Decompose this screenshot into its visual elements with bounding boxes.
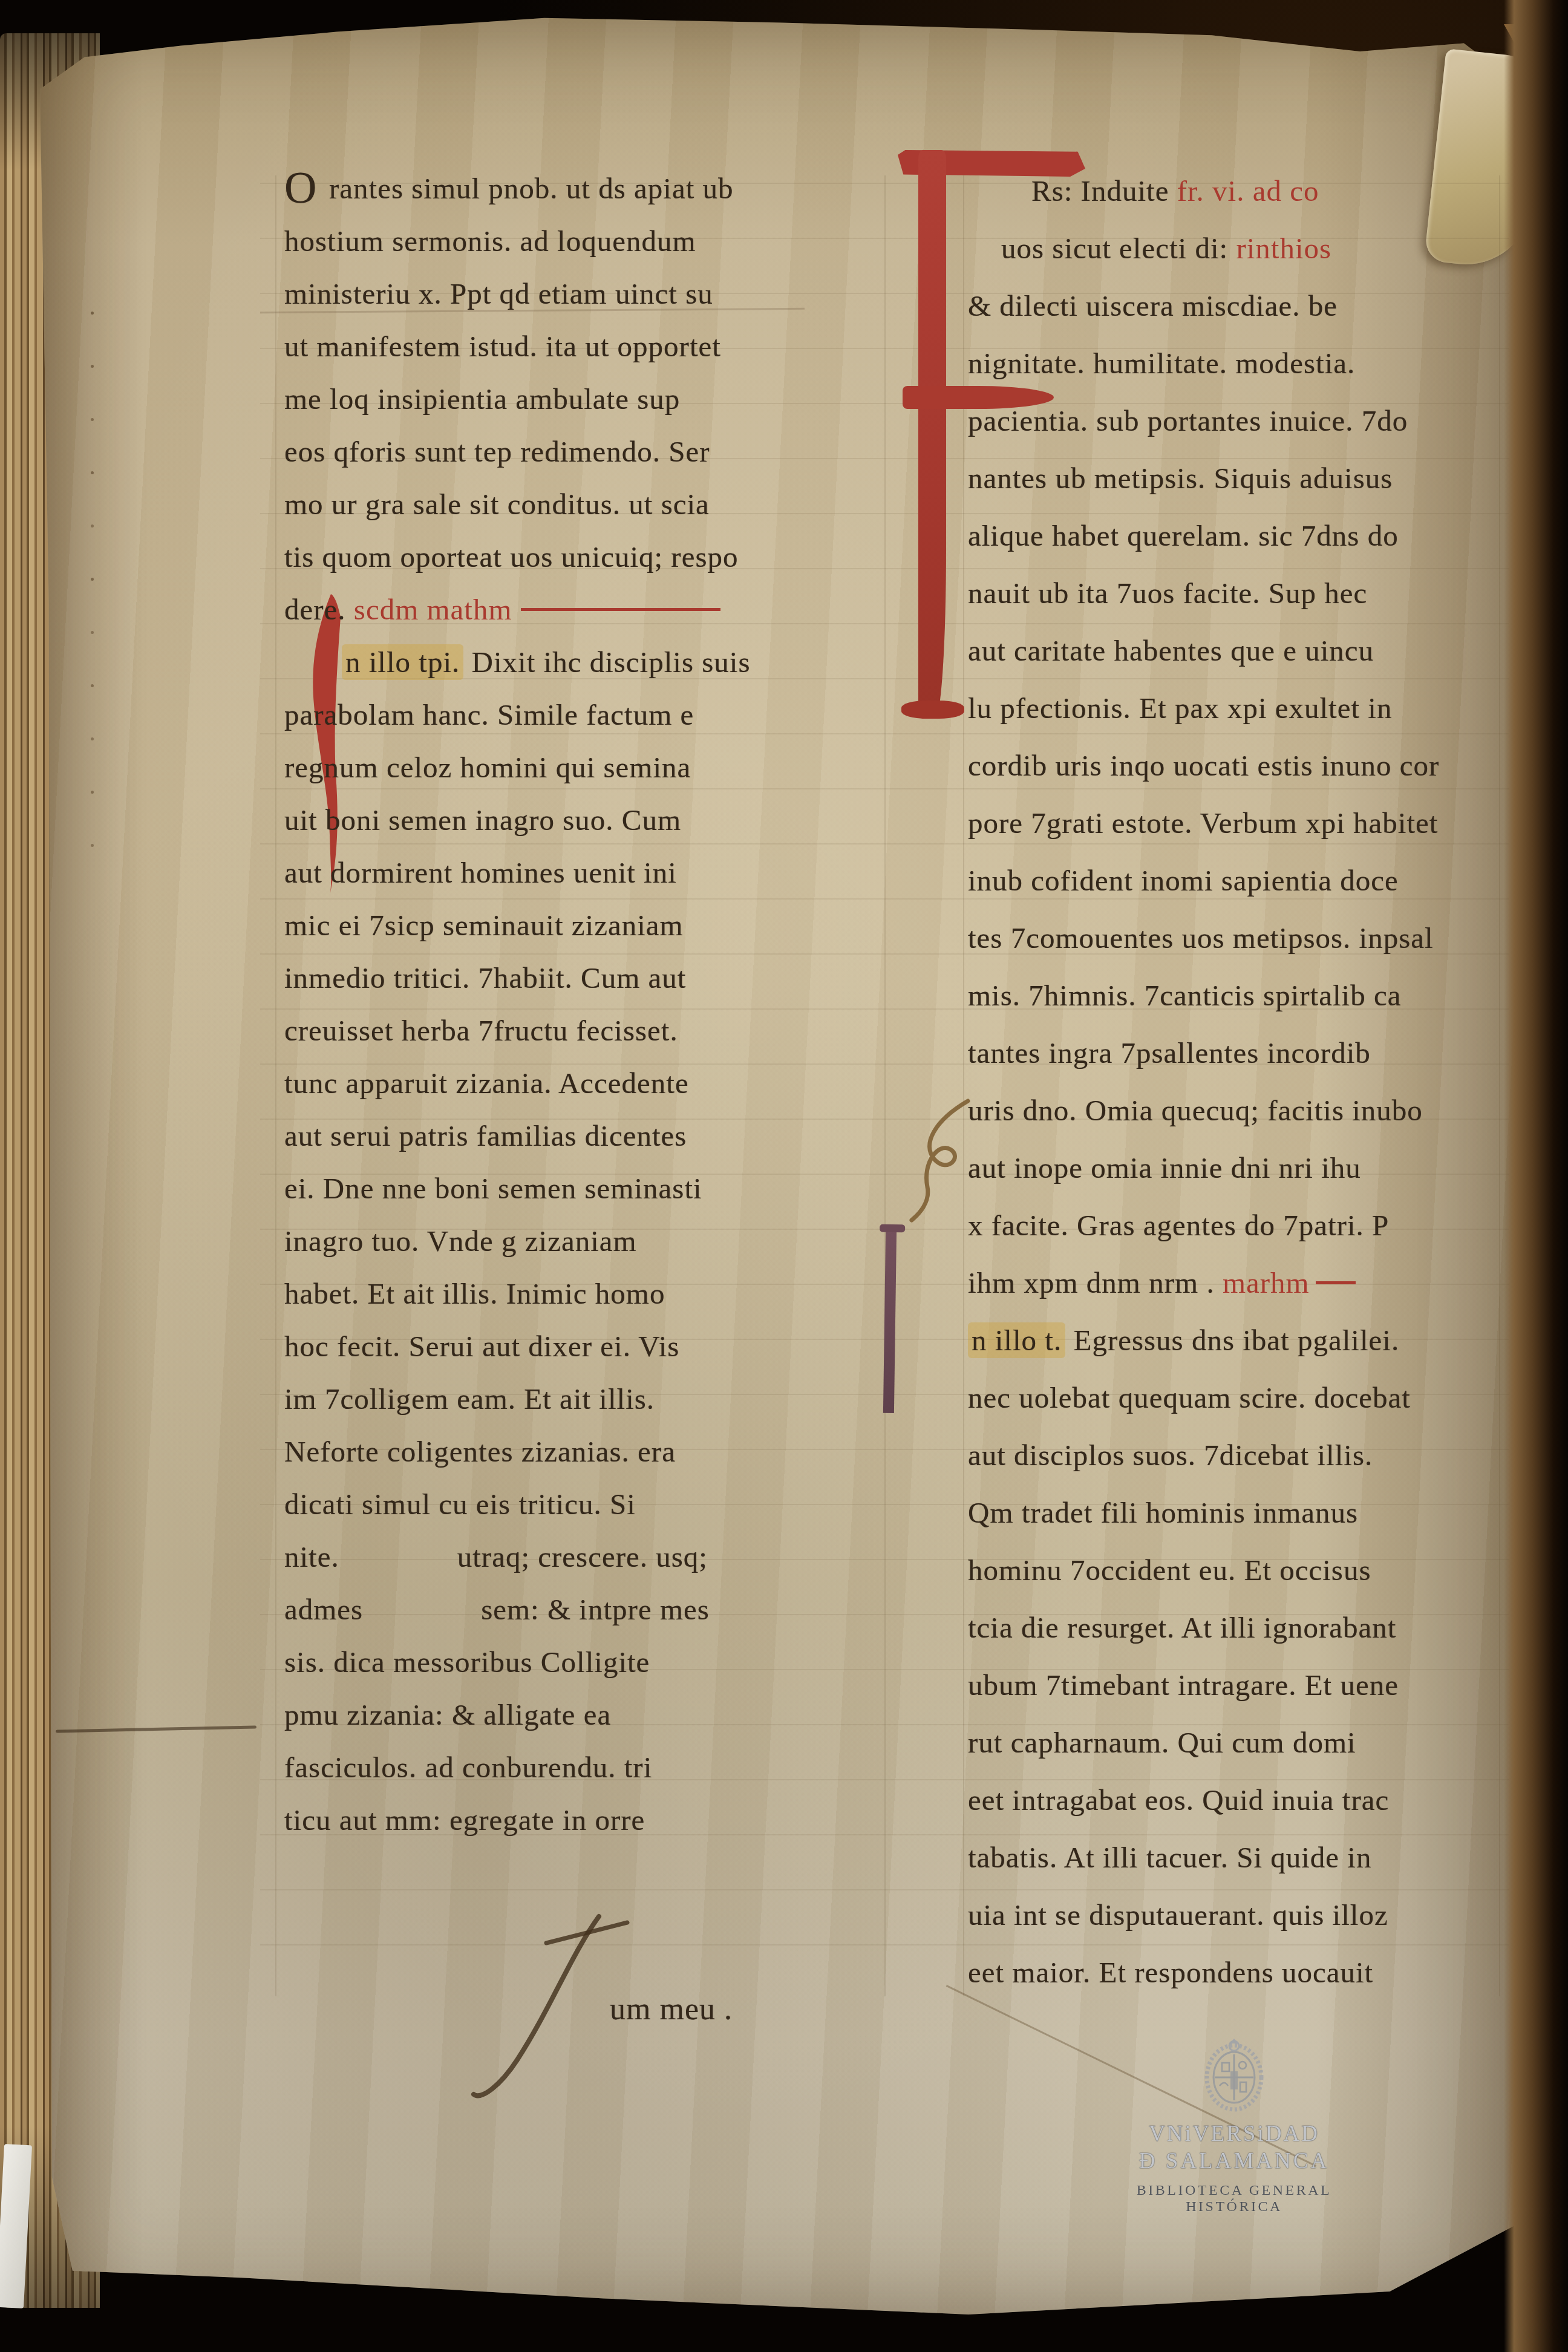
text-line: regnum celoz homini qui semina — [284, 741, 895, 794]
text-line: tcia die resurget. At illi ignorabant — [968, 1599, 1515, 1656]
text-line: rut capharnaum. Qui cum domi — [968, 1714, 1515, 1771]
body-text: fasciculos. ad conburendu. tri — [284, 1751, 652, 1784]
body-text: tcia die resurget. At illi ignorabant — [968, 1611, 1396, 1644]
text-line: nauit ub ita 7uos facite. Sup hec — [968, 564, 1515, 622]
body-text: aut caritate habentes que e uincu — [968, 634, 1374, 667]
body-text: aut disciplos suos. 7dicebat illis. — [968, 1439, 1373, 1472]
initial-f-stem — [918, 150, 946, 719]
body-text: cordib uris inqo uocati estis inuno cor — [968, 749, 1439, 782]
text-line: nantes ub metipsis. Siquis aduisus — [968, 449, 1515, 507]
text-line: uos sicut electi di: rinthios — [968, 220, 1515, 277]
text-line: n illo tpi. Dixit ihc disciplis suis — [284, 636, 895, 688]
body-text: utraq; crescere. usq; — [457, 1540, 708, 1573]
text-line: aut inope omia innie dni nri ihu — [968, 1139, 1515, 1197]
body-text: me loq insipientia ambulate sup — [284, 382, 680, 416]
text-line: sis. dica messoribus Colligite — [284, 1636, 895, 1688]
text-line: hominu 7occident eu. Et occisus — [968, 1541, 1515, 1599]
text-line: pmu zizania: & alligate ea — [284, 1688, 895, 1741]
rubric-text: scdm mathm — [354, 593, 512, 626]
text-line: & dilecti uiscera miscdiae. be — [968, 277, 1515, 335]
text-line: pacientia. sub portantes inuice. 7do — [968, 392, 1515, 449]
body-text: eos qforis sunt tep redimendo. Ser — [284, 435, 710, 468]
body-text: pmu zizania: & alligate ea — [284, 1698, 611, 1731]
body-text: regnum celoz homini qui semina — [284, 751, 691, 784]
body-text: pacientia. sub portantes inuice. 7do — [968, 404, 1408, 437]
highlighted-text: n illo t. — [968, 1322, 1065, 1358]
left-column: O rantes simul pnob. ut ds apiat ubhosti… — [284, 162, 895, 1846]
text-line: lu pfectionis. Et pax xpi exultet in — [968, 679, 1515, 737]
text-line: Qm tradet fili hominis inmanus — [968, 1484, 1515, 1541]
body-text: lu pfectionis. Et pax xpi exultet in — [968, 691, 1392, 725]
text-line: ticu aut mm: egregate in orre — [284, 1794, 895, 1846]
body-text: nauit ub ita 7uos facite. Sup hec — [968, 577, 1367, 610]
body-text: aut inope omia innie dni nri ihu — [968, 1151, 1361, 1184]
text-line: parabolam hanc. Simile factum e — [284, 688, 895, 741]
body-text: nignitate. humilitate. modestia. — [968, 347, 1355, 380]
body-text: uit boni semen inagro suo. Cum — [284, 803, 681, 837]
body-text: habet. Et ait illis. Inimic homo — [284, 1277, 665, 1310]
body-text: dere. — [284, 593, 354, 626]
text-line: im 7colligem eam. Et ait illis. — [284, 1373, 895, 1425]
body-text: creuisset herba 7fructu fecisset. — [284, 1014, 678, 1047]
text-line: creuisset herba 7fructu fecisset. — [284, 1004, 895, 1057]
text-line: habet. Et ait illis. Inimic homo — [284, 1267, 895, 1320]
body-text: uris dno. Omia quecuq; facitis inubo — [968, 1094, 1423, 1127]
rubric-text: fr. vi. ad co — [1177, 174, 1319, 207]
body-text: ut manifestem istud. ita ut opportet — [284, 330, 721, 363]
text-line: mo ur gra sale sit conditus. ut scia — [284, 478, 895, 531]
body-text: inmedio tritici. 7habiit. Cum aut — [284, 961, 686, 995]
body-text: tes 7comouentes uos metipsos. inpsal — [968, 921, 1434, 955]
body-text: Qm tradet fili hominis inmanus — [968, 1496, 1358, 1529]
catchword: um meu . — [610, 1991, 733, 2027]
body-text: uos sicut electi di: — [1001, 232, 1236, 265]
text-line: dicati simul cu eis triticu. Si — [284, 1478, 895, 1530]
body-text: admes — [284, 1593, 363, 1626]
text-line: aut dormirent homines uenit ini — [284, 846, 895, 899]
body-text: inagro tuo. Vnde g zizaniam — [284, 1224, 637, 1258]
ruling-vertical — [275, 175, 276, 1996]
text-line: ihm xpm dnm nrm . marhm — [968, 1254, 1515, 1312]
body-text: hostium sermonis. ad loquendum — [284, 224, 696, 258]
text-line: Neforte coligentes zizanias. era — [284, 1425, 895, 1478]
text-line: O rantes simul pnob. ut ds apiat ub — [284, 162, 895, 215]
body-text: aut serui patris familias dicentes — [284, 1119, 687, 1152]
body-text: alique habet querelam. sic 7dns do — [968, 519, 1399, 552]
body-text: mis. 7himnis. 7canticis spirtalib ca — [968, 979, 1401, 1012]
rubric-rule — [521, 608, 720, 611]
body-text: & dilecti uiscera miscdiae. be — [968, 289, 1338, 322]
body-text: parabolam hanc. Simile factum e — [284, 698, 694, 731]
text-line: Rs: Induite fr. vi. ad co — [968, 162, 1515, 220]
text-line: tes 7comouentes uos metipsos. inpsal — [968, 909, 1515, 967]
body-text: x facite. Gras agentes do 7patri. P — [968, 1209, 1389, 1242]
text-line: nite.utraq; crescere. usq; — [284, 1530, 895, 1583]
text-line: aut caritate habentes que e uincu — [968, 622, 1515, 679]
body-text: sem: & intpre mes — [481, 1593, 710, 1626]
text-line: uris dno. Omia quecuq; facitis inubo — [968, 1082, 1515, 1139]
highlighted-text: n illo tpi. — [342, 644, 463, 680]
text-line: ubum 7timebant intragare. Et uene — [968, 1656, 1515, 1714]
manuscript-photo: { "photo": { "background_color": "#07040… — [0, 0, 1568, 2352]
text-line: dere. scdm mathm — [284, 583, 895, 636]
body-text: nantes ub metipsis. Siquis aduisus — [968, 462, 1393, 495]
text-line: tantes ingra 7psallentes incordib — [968, 1024, 1515, 1082]
body-text: dicati simul cu eis triticu. Si — [284, 1488, 636, 1521]
rubric-text: marhm — [1223, 1266, 1310, 1299]
body-text: Neforte coligentes zizanias. era — [284, 1435, 676, 1468]
text-line: tunc apparuit zizania. Accedente — [284, 1057, 895, 1109]
rubric-text: rinthios — [1236, 232, 1331, 265]
body-text: tis quom oporteat uos unicuiq; respo — [284, 540, 739, 573]
body-text: tantes ingra 7psallentes incordib — [968, 1036, 1371, 1070]
text-line: aut serui patris familias dicentes — [284, 1109, 895, 1162]
initial-f-foot — [901, 701, 964, 719]
text-line: tabatis. At illi tacuer. Si quide in — [968, 1829, 1515, 1886]
body-text: im 7colligem eam. Et ait illis. — [284, 1382, 655, 1416]
text-line: mic ei 7sicp seminauit zizaniam — [284, 899, 895, 952]
text-line: hostium sermonis. ad loquendum — [284, 215, 895, 267]
body-text: Rs: Induite — [1031, 174, 1177, 207]
body-text: O — [284, 163, 329, 213]
body-text: eet maior. Et respondens uocauit — [968, 1956, 1373, 1989]
rubric-rule — [1316, 1281, 1356, 1284]
text-line: hoc fecit. Serui aut dixer ei. Vis — [284, 1320, 895, 1373]
body-text: nite. — [284, 1540, 339, 1573]
text-line: inagro tuo. Vnde g zizaniam — [284, 1215, 895, 1267]
right-column: Rs: Induite fr. vi. ad couos sicut elect… — [968, 162, 1515, 2001]
text-line: ut manifestem istud. ita ut opportet — [284, 320, 895, 373]
text-line: uia int se disputauerant. quis illoz — [968, 1886, 1515, 1944]
body-text: ubum 7timebant intragare. Et uene — [968, 1668, 1399, 1702]
body-text: mic ei 7sicp seminauit zizaniam — [284, 909, 684, 942]
text-line: nec uolebat quequam scire. docebat — [968, 1369, 1515, 1426]
text-line: eos qforis sunt tep redimendo. Ser — [284, 425, 895, 478]
body-text: ihm xpm dnm nrm . — [968, 1266, 1223, 1299]
text-line: admessem: & intpre mes — [284, 1583, 895, 1636]
body-text: rantes simul pnob. ut ds apiat ub — [329, 172, 734, 205]
body-text: inub cofident inomi sapientia doce — [968, 864, 1399, 897]
body-text: tabatis. At illi tacuer. Si quide in — [968, 1841, 1371, 1874]
body-text: Dixit ihc disciplis suis — [463, 645, 750, 679]
text-line: inub cofident inomi sapientia doce — [968, 852, 1515, 909]
body-text: uia int se disputauerant. quis illoz — [968, 1898, 1388, 1932]
body-text: eet intragabat eos. Quid inuia trac — [968, 1783, 1389, 1817]
text-line: aut disciplos suos. 7dicebat illis. — [968, 1426, 1515, 1484]
text-line: inmedio tritici. 7habiit. Cum aut — [284, 952, 895, 1004]
body-text: rut capharnaum. Qui cum domi — [968, 1726, 1356, 1759]
body-text: aut dormirent homines uenit ini — [284, 856, 677, 889]
pricking-holes — [91, 312, 94, 315]
body-text: hoc fecit. Serui aut dixer ei. Vis — [284, 1330, 679, 1363]
body-text: tunc apparuit zizania. Accedente — [284, 1067, 689, 1100]
body-text: pore 7grati estote. Verbum xpi habitet — [968, 806, 1438, 840]
body-text: nec uolebat quequam scire. docebat — [968, 1381, 1411, 1414]
text-line: me loq insipientia ambulate sup — [284, 373, 895, 425]
body-text: ei. Dne nne boni semen seminasti — [284, 1172, 702, 1205]
text-line: x facite. Gras agentes do 7patri. P — [968, 1197, 1515, 1254]
body-text: mo ur gra sale sit conditus. ut scia — [284, 488, 710, 521]
text-line: nignitate. humilitate. modestia. — [968, 335, 1515, 392]
body-text: hominu 7occident eu. Et occisus — [968, 1553, 1371, 1587]
text-line: ei. Dne nne boni semen seminasti — [284, 1162, 895, 1215]
text-line: eet intragabat eos. Quid inuia trac — [968, 1771, 1515, 1829]
text-line: uit boni semen inagro suo. Cum — [284, 794, 895, 846]
text-line: ministeriu x. Ppt qd etiam uinct su — [284, 267, 895, 320]
text-line: eet maior. Et respondens uocauit — [968, 1944, 1515, 2001]
text-line: alique habet querelam. sic 7dns do — [968, 507, 1515, 564]
body-text: ministeriu x. Ppt qd etiam uinct su — [284, 277, 713, 310]
text-line: n illo t. Egressus dns ibat pgalilei. — [968, 1312, 1515, 1369]
text-line: fasciculos. ad conburendu. tri — [284, 1741, 895, 1794]
body-text: ticu aut mm: egregate in orre — [284, 1803, 645, 1837]
text-line: cordib uris inqo uocati estis inuno cor — [968, 737, 1515, 794]
text-line: mis. 7himnis. 7canticis spirtalib ca — [968, 967, 1515, 1024]
body-text: sis. dica messoribus Colligite — [284, 1645, 650, 1679]
text-line: tis quom oporteat uos unicuiq; respo — [284, 531, 895, 583]
text-line: pore 7grati estote. Verbum xpi habitet — [968, 794, 1515, 852]
body-text: Egressus dns ibat pgalilei. — [1065, 1324, 1399, 1357]
